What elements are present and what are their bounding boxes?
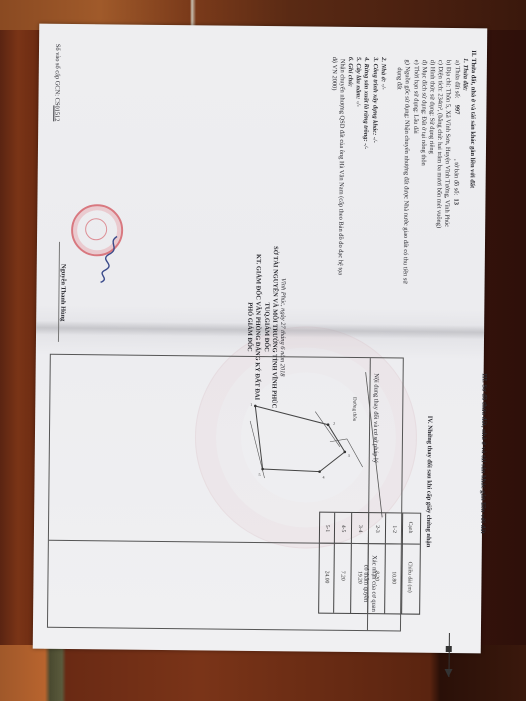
changes-col-confirm: Xác nhận của cơ quan có thẩm quyền (361, 555, 378, 612)
section-4-title: IV. Những thay đổi sau khi cấp giấy chứn… (424, 416, 434, 548)
certificate-paper: II. Thửa đất, nhà ở và tài sản khác gắn … (33, 24, 488, 654)
production-forest: 4. Rừng sản xuất là rừng trồng: -/- (362, 57, 370, 149)
parcel-no-label: a) Thửa đất số: (453, 60, 460, 98)
house: 2. Nhà ở: -/- (379, 57, 386, 90)
north-arrow-mark (446, 646, 452, 652)
section-3-title: III. Sơ đồ thửa đất, nhà ở và tài sản kh… (478, 373, 488, 533)
signer-name-block: Nguyễn Thanh Hùng (58, 264, 67, 322)
notes-heading: 6. Ghi chú: (347, 57, 354, 87)
edge-header: Cạnh (407, 522, 413, 534)
confirm-line2: có thẩm quyền (361, 555, 370, 612)
parcel-no: 997 (453, 105, 460, 115)
length-header: Chiều dài (m) (406, 562, 412, 593)
serial-number: Số vào sổ cấp GCN: CS01512 (52, 44, 61, 122)
perennial: 5. Cây lâu năm: -/- (355, 57, 363, 107)
map-sheet-label: , tờ bản đồ số: (452, 159, 459, 195)
confirm-line1: Xác nhận của cơ quan (369, 555, 378, 612)
position: PHÓ GIÁM ĐỐC (246, 302, 254, 351)
changes-col-content: Nội dung thay đổi và cơ sở pháp lý (370, 373, 379, 463)
land-heading: 1. Thửa đất: (461, 58, 468, 91)
changes-table (47, 354, 404, 632)
map-sheet: 13 (452, 198, 459, 204)
section-2-title: II. Thửa đất, nhà ở và tài sản khác gắn … (469, 50, 477, 188)
signer-name: Nguyễn Thanh Hùng (59, 264, 67, 322)
serial-value: 01512 (53, 105, 60, 121)
north-arrow-head (444, 669, 452, 677)
other-construction: 3. Công trình xây dựng khác: -/- (371, 57, 379, 143)
serial-label: Số vào sổ cấp GCN: CS (53, 44, 61, 106)
on-behalf: TUQ.GIÁM ĐỐC (262, 302, 270, 351)
signature-scribble (87, 234, 128, 284)
section-2: II. Thửa đất, nhà ở và tài sản khác gắn … (327, 49, 477, 285)
